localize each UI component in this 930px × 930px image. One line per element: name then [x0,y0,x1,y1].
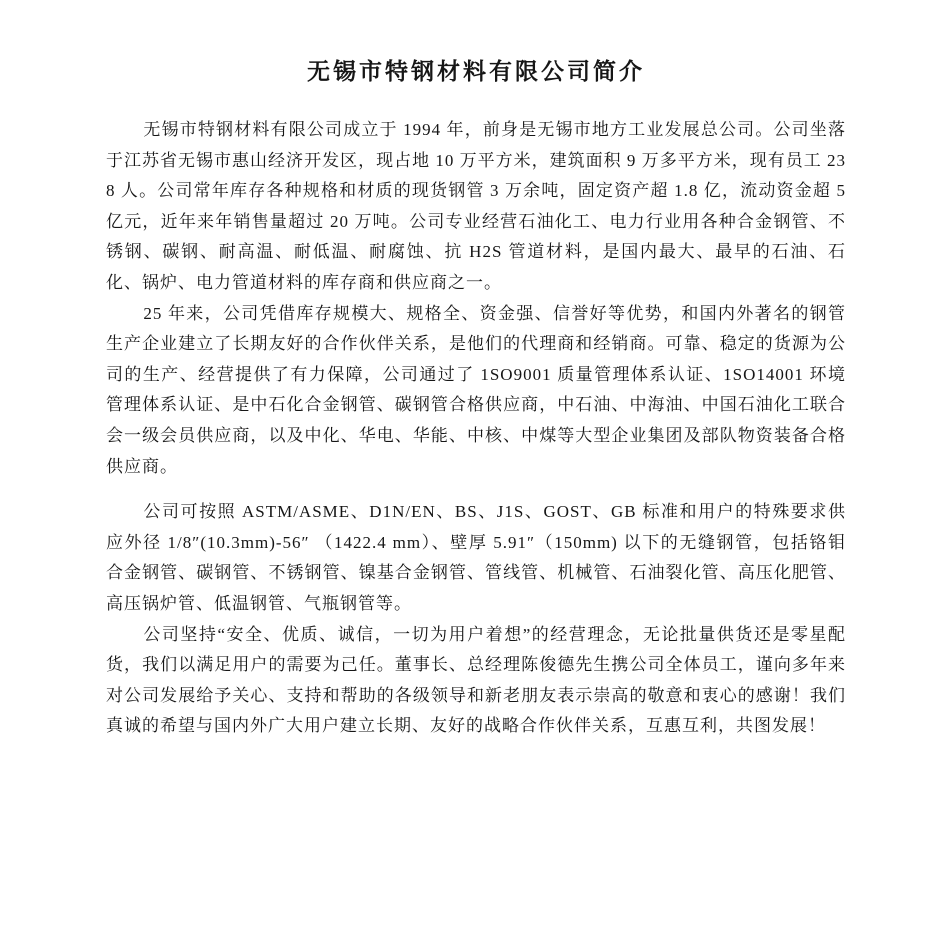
paragraph-company-overview: 无锡市特钢材料有限公司成立于 1994 年，前身是无锡市地方工业发展总公司。公司… [106,115,846,299]
document-title: 无锡市特钢材料有限公司简介 [106,56,846,88]
paragraph-spacer [106,482,846,497]
paragraph-philosophy-closing: 公司坚持“安全、优质、诚信，一切为用户着想”的经营理念，无论批量供货还是零星配货… [106,620,846,742]
document-content: 无锡市特钢材料有限公司简介 无锡市特钢材料有限公司成立于 1994 年，前身是无… [106,56,846,742]
paragraph-standards-products: 公司可按照 ASTM/ASME、D1N/EN、BS、J1S、GOST、GB 标准… [106,497,846,619]
document-page: 无锡市特钢材料有限公司简介 无锡市特钢材料有限公司成立于 1994 年，前身是无… [0,0,930,930]
paragraph-partnerships-certifications: 25 年来，公司凭借库存规模大、规格全、资金强、信誉好等优势，和国内外著名的钢管… [106,299,846,483]
